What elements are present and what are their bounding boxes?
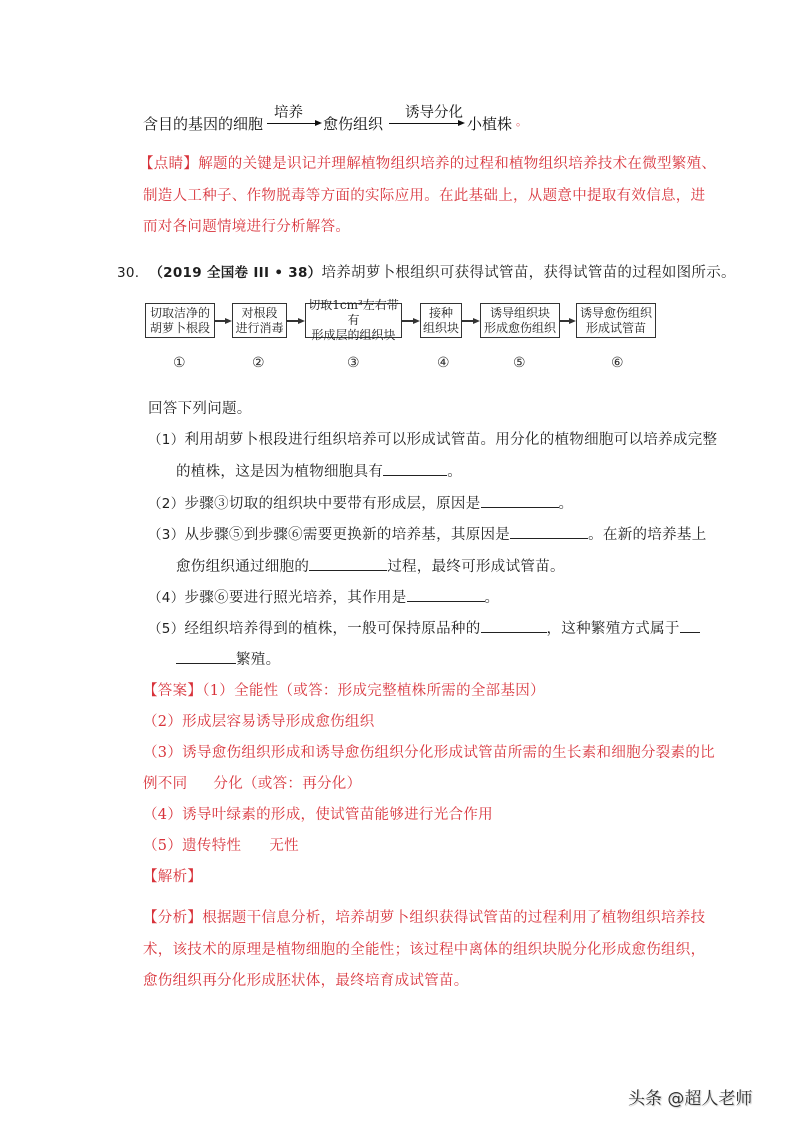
jiexi-tag: 【解析】 xyxy=(143,865,202,886)
flow-start: 含目的基因的细胞 xyxy=(143,113,263,134)
step-label-1: ① xyxy=(173,355,186,371)
part-3-line-2: 愈伤组织通过细胞的过程，最终可形成试管苗。 xyxy=(176,555,565,576)
dianjing-line-3: 而对各问题情境进行分析解答。 xyxy=(143,215,350,236)
part-1-line-1: （1）利用胡萝卜根段进行组织培养可以形成试管苗。用分化的植物细胞可以培养成完整 xyxy=(148,428,717,449)
arrow-head-icon xyxy=(225,318,232,324)
question-source: （2019 全国卷 III • 38） xyxy=(149,265,321,281)
fenxi-line-3: 愈伤组织再分化形成胚状体，最终培育成试管苗。 xyxy=(143,969,469,990)
arrow1-line xyxy=(267,123,317,124)
dianjing-line-2: 制造人工种子、作物脱毒等方面的实际应用。在此基础上，从题意中提取有效信息，进 xyxy=(143,184,705,205)
answer-blank-6[interactable] xyxy=(481,620,547,633)
question-header: 30.（2019 全国卷 III • 38）培养胡萝卜根组织可获得试管苗，获得试… xyxy=(117,261,736,282)
part-2: （2）步骤③切取的组织块中要带有形成层，原因是。 xyxy=(148,492,573,513)
answer-blank-7b[interactable] xyxy=(176,651,236,664)
dianjing-tag: 【点睛】 xyxy=(139,156,198,172)
step-box-1: 切取洁净的胡萝卜根段 xyxy=(145,303,215,338)
flow-middle: 愈伤组织 xyxy=(323,113,383,134)
flow-line: 含目的基因的细胞 培养 愈伤组织 诱导分化 小植株 。 xyxy=(143,107,563,133)
arrow-head-icon xyxy=(298,318,305,324)
answer-blank-1[interactable] xyxy=(383,463,447,476)
step-box-4: 接种组织块 xyxy=(420,303,462,338)
dianjing-line-1: 【点睛】解题的关键是识记并理解植物组织培养的过程和植物组织培养技术在微型繁殖、 xyxy=(143,152,716,173)
part-5-line-2: 繁殖。 xyxy=(176,648,280,669)
step-box-3: 切取1cm³左右带有形成层的组织块 xyxy=(305,303,402,338)
arrow-head-icon xyxy=(473,318,480,324)
arrow-head-icon xyxy=(569,318,576,324)
part-1-line-2: 的植株，这是因为植物细胞具有。 xyxy=(176,460,462,481)
question-number: 30. xyxy=(117,265,139,281)
watermark: 头条 @超人老师 xyxy=(628,1084,752,1109)
answer-blank-4[interactable] xyxy=(309,558,387,571)
answer-blank-2[interactable] xyxy=(481,495,559,508)
arrow-head-icon xyxy=(413,318,420,324)
answer-blank-3[interactable] xyxy=(510,526,588,539)
answer-line-1: 【答案】（1）全能性（或答：形成完整植株所需的全部基因） xyxy=(143,679,545,700)
fenxi-line-1: 【分析】根据题干信息分析，培养胡萝卜组织获得试管苗的过程利用了植物组织培养技 xyxy=(143,906,705,927)
arrow1-label: 培养 xyxy=(274,101,303,122)
answer-blank-5[interactable] xyxy=(407,589,485,602)
arrow2-head-icon xyxy=(458,120,465,126)
step-box-2: 对根段进行消毒 xyxy=(232,303,287,338)
answer-line-3: （3）诱导愈伤组织形成和诱导愈伤组织分化形成试管苗所需的生长素和细胞分裂素的比 xyxy=(143,741,715,762)
step-label-2: ② xyxy=(252,355,265,371)
step-label-4: ④ xyxy=(437,355,450,371)
step-label-5: ⑤ xyxy=(513,355,526,371)
part-3-line-1: （3）从步骤⑤到步骤⑥需要更换新的培养基，其原因是。在新的培养基上 xyxy=(148,523,707,544)
arrow2-label: 诱导分化 xyxy=(405,101,463,122)
question-prompt: 回答下列问题。 xyxy=(148,397,252,418)
answer-tag: 【答案】 xyxy=(143,683,202,699)
step-box-6: 诱导愈伤组织形成试管苗 xyxy=(576,303,656,338)
flow-end: 小植株 xyxy=(467,113,512,134)
arrow2-line xyxy=(389,123,460,124)
fenxi-tag: 【分析】 xyxy=(143,910,202,926)
flow-end-punct: 。 xyxy=(516,113,527,129)
step-label-3: ③ xyxy=(347,355,360,371)
fenxi-line-2: 术，该技术的原理是植物细胞的全能性；该过程中离体的组织块脱分化形成愈伤组织， xyxy=(143,938,705,959)
answer-line-2: （2）形成层容易诱导形成愈伤组织 xyxy=(143,710,375,731)
step-box-5: 诱导组织块形成愈伤组织 xyxy=(480,303,560,338)
question-stem: 培养胡萝卜根组织可获得试管苗，获得试管苗的过程如图所示。 xyxy=(321,265,735,281)
answer-line-6: （5）遗传特性无性 xyxy=(143,834,299,855)
answer-line-5: （4）诱导叶绿素的形成，使试管苗能够进行光合作用 xyxy=(143,803,493,824)
answer-blank-7a[interactable] xyxy=(680,620,700,633)
arrow1-head-icon xyxy=(315,120,322,126)
answer-line-4: 例不同分化（或答：再分化） xyxy=(143,772,361,793)
part-5-line-1: （5）经组织培养得到的植株，一般可保持原品种的，这种繁殖方式属于 xyxy=(148,617,700,638)
part-4: （4）步骤⑥要进行照光培养，其作用是。 xyxy=(148,586,499,607)
step-label-6: ⑥ xyxy=(611,355,624,371)
